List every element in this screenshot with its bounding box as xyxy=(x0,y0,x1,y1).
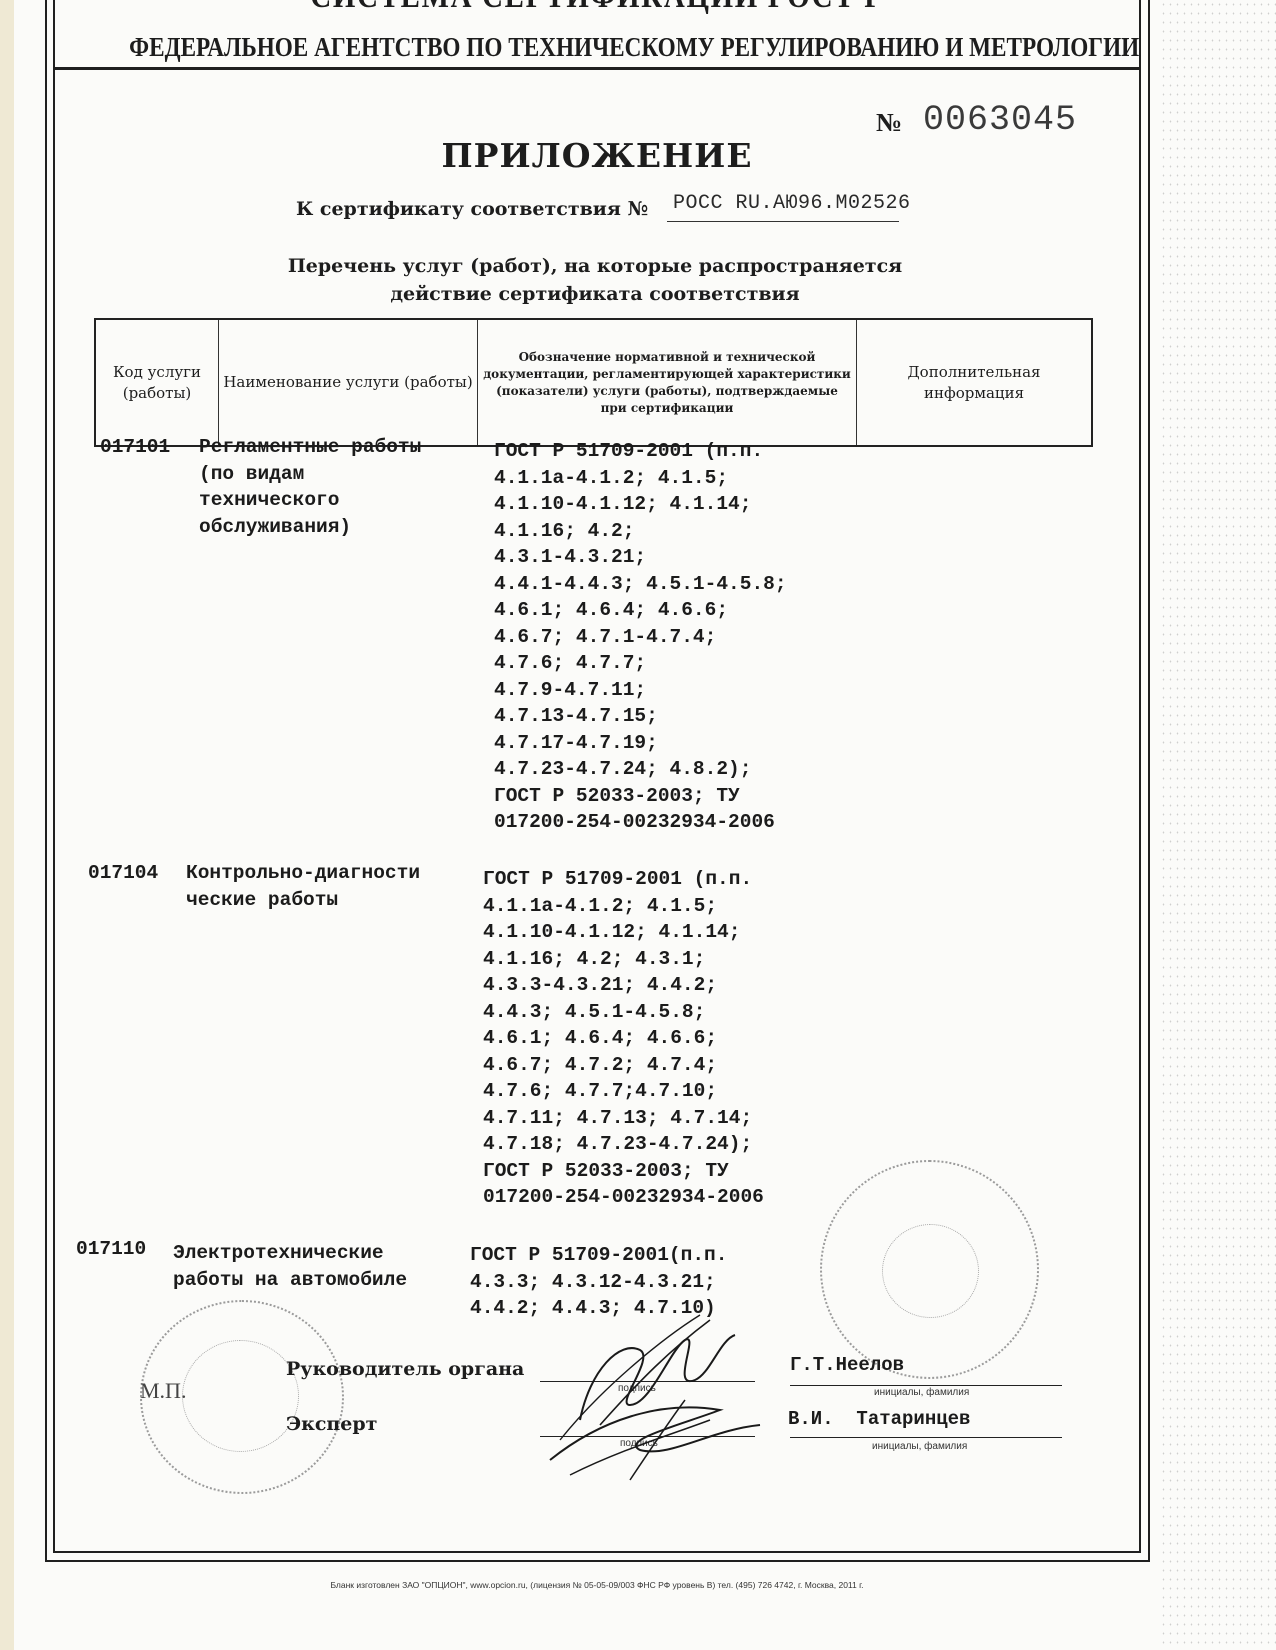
expert-role-label: Эксперт xyxy=(286,1413,377,1435)
row-2-docs: ГОСТ Р 51709-2001 (п.п. 4.1.1а-4.1.2; 4.… xyxy=(483,866,764,1211)
form-number-mark: № xyxy=(876,108,902,138)
header-divider xyxy=(55,67,1139,70)
certificate-number: РОСС RU.АЮ96.М02526 xyxy=(673,192,911,215)
expert-name-caption: инициалы, фамилия xyxy=(872,1441,967,1452)
row-2-code: 017104 xyxy=(88,860,158,887)
head-name-line xyxy=(790,1385,1062,1386)
row-1-docs: ГОСТ Р 51709-2001 (п.п. 4.1.1а-4.1.2; 4.… xyxy=(494,438,787,836)
expert-name-line xyxy=(790,1437,1062,1438)
page-title: ПРИЛОЖЕНИЕ xyxy=(53,136,1141,175)
head-name: Г.Т.Неелов xyxy=(790,1352,904,1379)
scan-noise xyxy=(1160,0,1276,1650)
form-number: 0063045 xyxy=(923,100,1077,140)
list-subtitle: Перечень услуг (работ), на которые распр… xyxy=(180,252,1010,308)
row-3-name: Электротехнические работы на автомобиле xyxy=(173,1240,407,1293)
head-role-label: Руководитель органа xyxy=(286,1358,524,1380)
row-1-code: 017101 xyxy=(100,434,170,461)
column-header-code: Код услуги (работы) xyxy=(95,319,219,446)
column-header-docs: Обозначение нормативной и технической до… xyxy=(478,319,857,446)
form-printer-note: Бланк изготовлен ЗАО "ОПЦИОН", www.opcio… xyxy=(53,1580,1141,1590)
agency-name: ФЕДЕРАЛЬНОЕ АГЕНТСТВО ПО ТЕХНИЧЕСКОМУ РЕ… xyxy=(129,32,1065,63)
certificate-label: К сертификату соответствия № xyxy=(296,198,648,220)
certification-system-title: СИСТЕМА СЕРТИФИКАЦИИ ГОСТ Р xyxy=(135,0,1060,16)
column-header-name: Наименование услуги (работы) xyxy=(219,319,478,446)
head-name-caption: инициалы, фамилия xyxy=(874,1387,969,1398)
row-1-name: Регламентные работы (по видам техническо… xyxy=(199,434,421,540)
subtitle-line-2: действие сертификата соответствия xyxy=(180,280,1010,308)
row-2-name: Контрольно-диагности ческие работы xyxy=(186,860,420,913)
handwritten-signature-expert xyxy=(520,1380,780,1490)
stamp-place-label: М.П. xyxy=(140,1378,186,1404)
subtitle-line-1: Перечень услуг (работ), на которые распр… xyxy=(180,252,1010,280)
paper-edge xyxy=(0,0,14,1650)
column-header-extra: Дополнительная информация xyxy=(857,319,1093,446)
services-table-header: Код услуги (работы) Наименование услуги … xyxy=(94,318,1093,447)
row-3-code: 017110 xyxy=(76,1236,146,1263)
expert-name: В.И. Татаринцев xyxy=(788,1406,970,1433)
seal-stamp-right xyxy=(820,1160,1039,1379)
certificate-underline xyxy=(667,221,899,222)
